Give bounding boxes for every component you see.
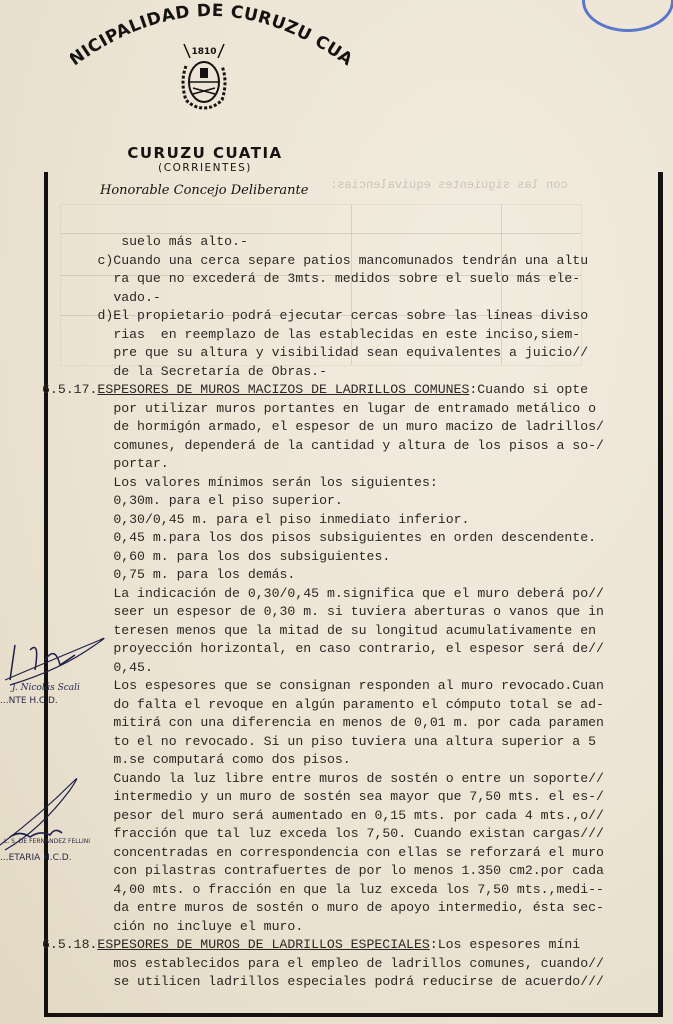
page-frame-left — [44, 172, 48, 1017]
section-heading: ESPESORES DE MUROS DE LADRILLOS ESPECIAL… — [97, 937, 429, 952]
text-line: m.se computará como dos pisos. — [50, 751, 660, 770]
text-line: teresen menos que la mitad de su longitu… — [50, 622, 660, 641]
text-line: 0,30/0,45 m. para el piso inmediato infe… — [50, 511, 660, 530]
text-line: to el no revocado. Si un piso tuviera un… — [50, 733, 660, 752]
section-heading: ESPESORES DE MUROS MACIZOS DE LADRILLOS … — [97, 382, 469, 397]
stamp-icon — [582, 0, 673, 32]
text-line: se utilicen ladrillos especiales podrá r… — [50, 973, 660, 992]
bleedthrough-text: con las siguientes equivalencias: — [330, 178, 568, 192]
section-heading-line: 6.5.18.ESPESORES DE MUROS DE LADRILLOS E… — [42, 936, 660, 955]
text-line: 4,00 mts. o fracción en que la luz exced… — [50, 881, 660, 900]
text-line: pesor del muro será aumentado en 0,15 mt… — [50, 807, 660, 826]
svg-text:1810: 1810 — [191, 47, 216, 57]
text-line: 0,30m. para el piso superior. — [50, 492, 660, 511]
coat-of-arms-icon: 1810 — [176, 42, 232, 114]
text-line: proyección horizontal, en caso contrario… — [50, 640, 660, 659]
text-line: vado.- — [50, 289, 660, 308]
section-number: 6.5.18. — [42, 937, 97, 952]
document-body: suelo más alto.- c)Cuando una cerca sepa… — [50, 233, 660, 992]
text-line: c)Cuando una cerca separe patios mancomu… — [50, 252, 660, 271]
text-line: por utilizar muros portantes en lugar de… — [50, 400, 660, 419]
text-line: concentradas en correspondencia con ella… — [50, 844, 660, 863]
text-line: Los valores mínimos serán los siguientes… — [50, 474, 660, 493]
province-name: (CORRIENTES) — [0, 162, 410, 174]
text-line: 0,45 m.para los dos pisos subsiguientes … — [50, 529, 660, 548]
text-line: d)El propietario podrá ejecutar cercas s… — [50, 307, 660, 326]
text-line: 0,45. — [50, 659, 660, 678]
section-number: 6.5.17. — [42, 382, 97, 397]
text-line: suelo más alto.- — [50, 233, 660, 252]
text-line: 0,75 m. para los demás. — [50, 566, 660, 585]
text-line: ción no incluye el muro. — [50, 918, 660, 937]
text-line: mos establecidos para el empleo de ladri… — [50, 955, 660, 974]
text-line: comunes, dependerá de la cantidad y altu… — [50, 437, 660, 456]
signature-role-1: ...NTE H.C.D. — [0, 696, 58, 706]
signature-role-2: ...ETARIA H.C.D. — [0, 853, 72, 863]
text-line: pre que su altura y visibilidad sean equ… — [50, 344, 660, 363]
text-line: intermedio y un muro de sostén sea mayor… — [50, 788, 660, 807]
text-line: de la Secretaría de Obras.- — [50, 363, 660, 382]
text-line: Los espesores que se consignan responden… — [50, 677, 660, 696]
signature-name-1: J. Nicolás Scali — [12, 683, 80, 693]
text-line: La indicación de 0,30/0,45 m.significa q… — [50, 585, 660, 604]
text-line: ra que no excederá de 3mts. medidos sobr… — [50, 270, 660, 289]
text-line: rias en reemplazo de las establecidas en… — [50, 326, 660, 345]
text-line: do falta el revoque en algún paramento e… — [50, 696, 660, 715]
text-line: mitirá con una diferencia en menos de 0,… — [50, 714, 660, 733]
text-line: da entre muros de sostén o muro de apoyo… — [50, 899, 660, 918]
page-frame-bottom — [44, 1013, 663, 1017]
text-line: fracción que tal luz exceda los 7,50. Cu… — [50, 825, 660, 844]
text-line: seer un espesor de 0,30 m. si tuviera ab… — [50, 603, 660, 622]
text-line: portar. — [50, 455, 660, 474]
signature-name-2: L. S. DE FERNANDEZ FELLINI — [4, 838, 90, 845]
city-name: CURUZU CUATIA — [0, 144, 410, 162]
text-line: 0,60 m. para los dos subsiguientes. — [50, 548, 660, 567]
text-line: con pilastras contrafuertes de por lo me… — [50, 862, 660, 881]
text-line: de hormigón armado, el espesor de un mur… — [50, 418, 660, 437]
text-line: Cuando la luz libre entre muros de sosté… — [50, 770, 660, 789]
council-name: Honorable Concejo Deliberante — [100, 183, 308, 198]
section-heading-line: 6.5.17.ESPESORES DE MUROS MACIZOS DE LAD… — [42, 381, 660, 400]
